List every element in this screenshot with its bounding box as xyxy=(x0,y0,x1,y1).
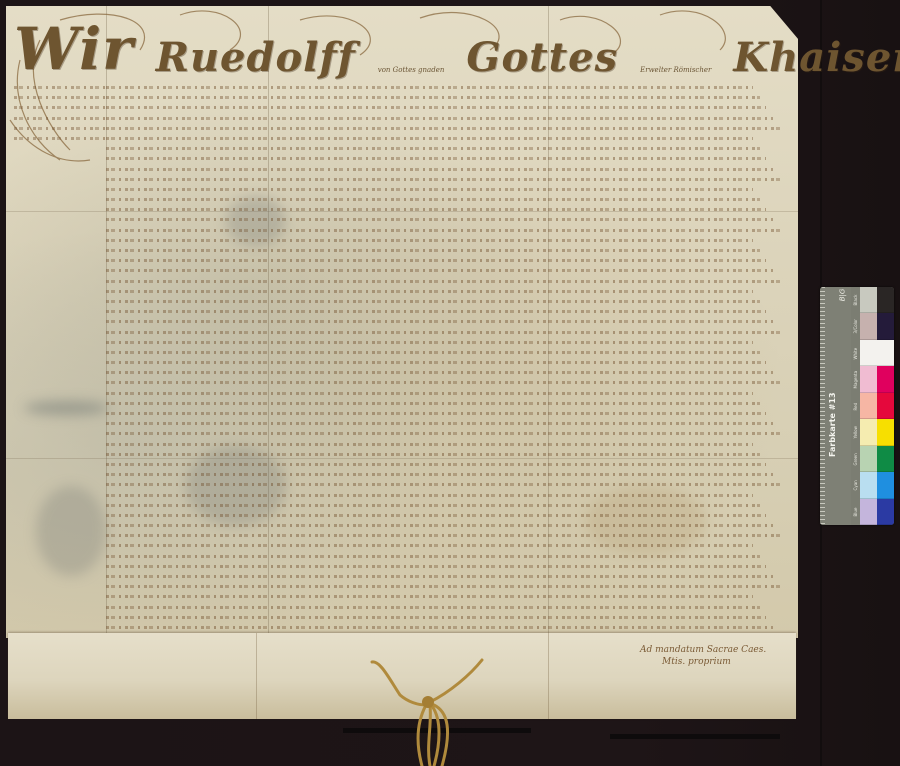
script-line xyxy=(106,143,760,153)
swatch-dark xyxy=(877,393,894,419)
script-line xyxy=(14,82,106,92)
chancery-signature: Ad mandatum Sacrae Caes. Mtis. proprium xyxy=(640,644,766,668)
script-line xyxy=(106,602,760,612)
swatch-dark xyxy=(877,313,894,339)
script-line xyxy=(14,133,106,142)
chart-title: Farbkarte #13 xyxy=(828,392,837,457)
script-line xyxy=(106,357,766,367)
script-line xyxy=(14,92,106,102)
swatch-label: Black xyxy=(851,287,860,313)
signature-line-1: Ad mandatum Sacrae Caes. xyxy=(640,644,766,656)
script-line xyxy=(106,286,753,296)
script-line xyxy=(106,255,766,265)
swatch-label: Magenta xyxy=(851,366,860,392)
script-line xyxy=(106,327,780,337)
script-line xyxy=(106,276,780,286)
script-line xyxy=(106,571,773,581)
script-line xyxy=(106,204,766,214)
script-line xyxy=(106,194,760,204)
script-line xyxy=(106,367,773,377)
script-line xyxy=(106,296,760,306)
script-line xyxy=(106,530,780,540)
script-line xyxy=(106,561,766,571)
script-line xyxy=(106,347,760,357)
script-line xyxy=(14,123,106,133)
swatch-labels: Black3/ColorWhiteMagentaRedYellowGreenCy… xyxy=(851,287,860,525)
script-line xyxy=(106,102,766,112)
script-line xyxy=(106,316,773,326)
script-line xyxy=(106,469,773,479)
charter-body-text xyxy=(106,82,794,637)
script-line xyxy=(106,510,766,520)
swatch-column-light xyxy=(860,287,877,525)
script-line xyxy=(106,459,766,469)
script-line xyxy=(14,102,106,112)
swatch-light xyxy=(860,499,877,525)
swatch-light xyxy=(860,366,877,392)
swatch-label: Green xyxy=(851,446,860,472)
heading-word-2: Ruedolff xyxy=(156,38,356,78)
heading-word-4: Khaiser xyxy=(733,38,900,78)
script-line xyxy=(106,520,773,530)
swatch-light xyxy=(860,472,877,498)
swatch-light xyxy=(860,313,877,339)
swatch-label: Yellow xyxy=(851,419,860,445)
script-line xyxy=(106,82,753,92)
swatch-label: White xyxy=(851,340,860,366)
charter-heading: Wir Ruedolff von Gottes gnaden Gottes Er… xyxy=(14,14,784,78)
ruler-scale: B|G Farbkarte #13 xyxy=(820,287,851,525)
swatch-dark xyxy=(877,446,894,472)
swatch-dark xyxy=(877,366,894,392)
script-line xyxy=(106,245,760,255)
script-lines-left xyxy=(14,82,106,142)
script-line xyxy=(106,265,773,275)
heading-word-3: Gottes xyxy=(466,38,618,78)
script-line xyxy=(14,113,106,123)
script-line xyxy=(106,153,766,163)
script-line xyxy=(106,184,753,194)
script-line xyxy=(106,540,753,550)
script-line xyxy=(106,449,760,459)
script-line xyxy=(106,398,760,408)
heading-small-text: Erwelter Römischer xyxy=(640,66,711,74)
swatch-dark xyxy=(877,419,894,445)
color-calibration-chart: B|G Farbkarte #13 Black3/ColorWhiteMagen… xyxy=(820,287,894,525)
script-line xyxy=(106,214,773,224)
script-line xyxy=(106,490,753,500)
chart-brand: B|G xyxy=(839,289,847,302)
swatch-label: Cyan xyxy=(851,472,860,498)
swatch-dark xyxy=(877,472,894,498)
mount-strip xyxy=(610,734,780,739)
script-line xyxy=(106,164,773,174)
swatch-dark xyxy=(877,287,894,313)
script-line xyxy=(106,479,780,489)
heading-small-text: von Gottes gnaden xyxy=(378,66,445,74)
script-line xyxy=(106,306,766,316)
swatch-label: Red xyxy=(851,393,860,419)
script-line xyxy=(106,439,753,449)
script-line xyxy=(106,591,753,601)
swatch-light xyxy=(860,446,877,472)
script-line xyxy=(106,235,753,245)
seal-cord xyxy=(360,650,490,766)
script-line xyxy=(106,377,780,387)
script-line xyxy=(106,123,780,133)
swatch-label: 3/Color xyxy=(851,313,860,339)
signature-line-2: Mtis. proprium xyxy=(640,656,766,668)
script-line xyxy=(106,418,773,428)
swatch-label: Blue xyxy=(851,499,860,525)
script-line xyxy=(106,133,753,143)
swatch-dark xyxy=(877,340,894,366)
script-line xyxy=(106,225,780,235)
script-line xyxy=(106,428,780,438)
script-line xyxy=(106,622,773,632)
swatch-light xyxy=(860,287,877,313)
swatch-dark xyxy=(877,499,894,525)
script-line xyxy=(106,174,780,184)
script-line xyxy=(106,500,760,510)
script-line xyxy=(106,551,760,561)
script-line xyxy=(106,113,773,123)
swatch-light xyxy=(860,393,877,419)
script-line xyxy=(106,581,780,591)
script-line xyxy=(106,612,766,622)
heading-word-1: Wir xyxy=(14,20,134,78)
script-line xyxy=(106,388,753,398)
script-line xyxy=(106,92,760,102)
swatch-light xyxy=(860,419,877,445)
swatch-light xyxy=(860,340,877,366)
script-line xyxy=(106,337,753,347)
swatch-column-dark xyxy=(877,287,894,525)
script-line xyxy=(106,408,766,418)
